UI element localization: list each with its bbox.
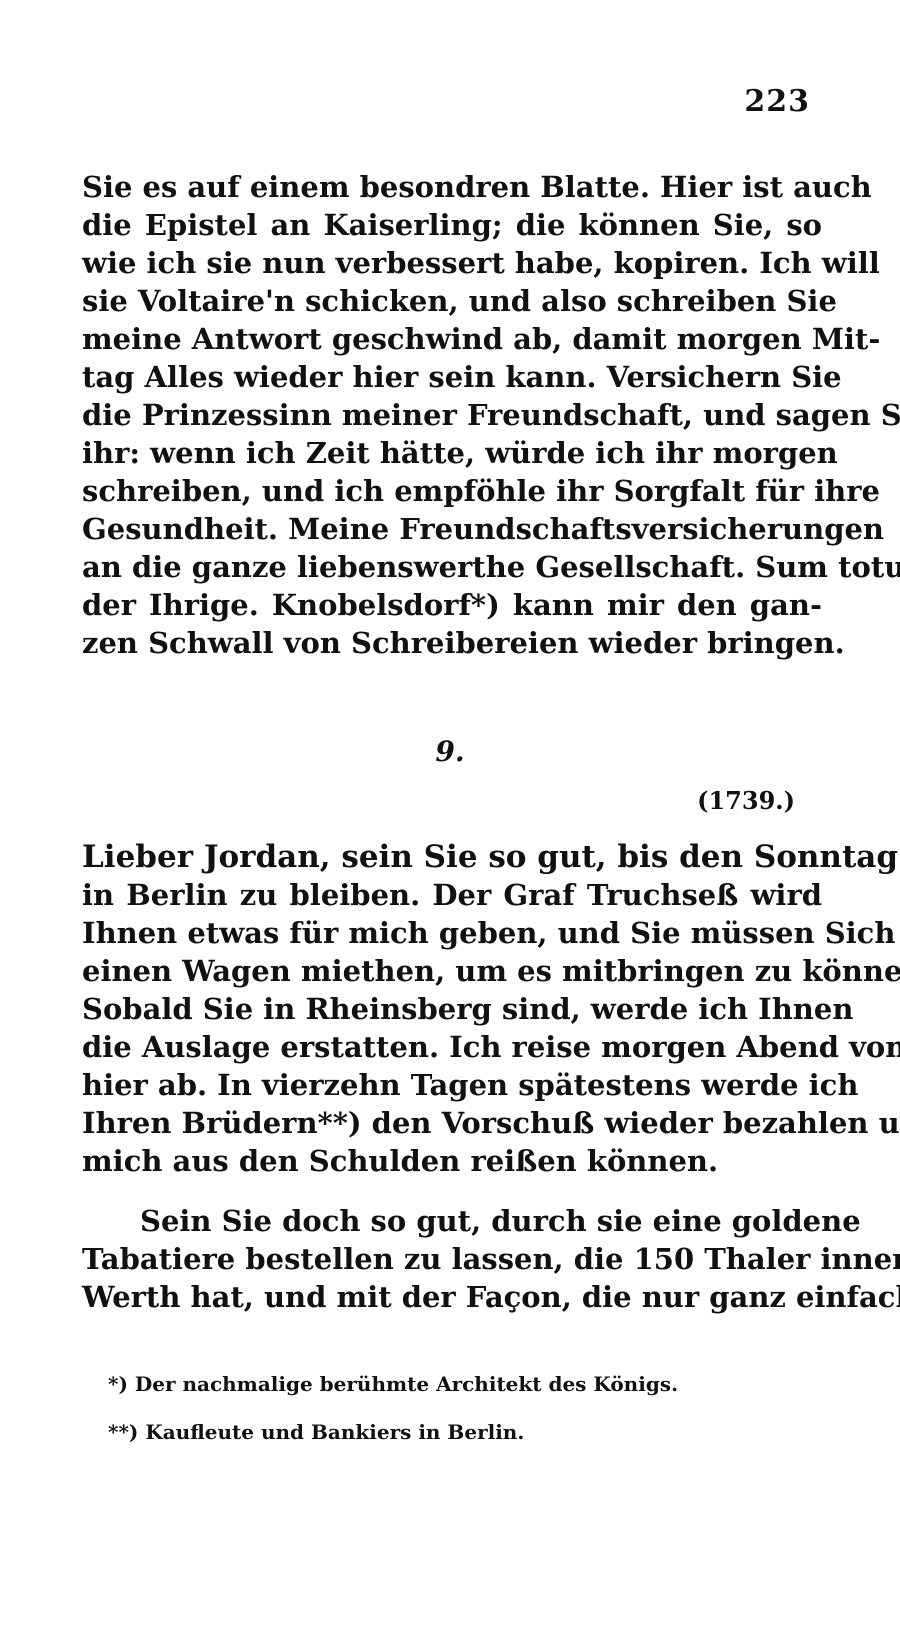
text-line: sie Voltaire'n schicken, und also schrei…	[82, 282, 822, 320]
footnote-1: *) Der nachmalige berühmte Architekt des…	[108, 1370, 678, 1398]
text-line: tag Alles wieder hier sein kann. Versich…	[82, 358, 822, 396]
text-line: Werth hat, und mit der Façon, die nur ga…	[82, 1278, 822, 1316]
text-line: hier ab. In vierzehn Tagen spätestens we…	[82, 1066, 822, 1104]
text-line: Gesundheit. Meine Freundschaftsversicher…	[82, 510, 822, 548]
text-line: wie ich sie nun verbessert habe, kopiren…	[82, 244, 822, 282]
text-line: die Epistel an Kaiserling; die können Si…	[82, 206, 822, 244]
text-line: zen Schwall von Schreibereien wieder bri…	[82, 624, 822, 662]
text-line: einen Wagen miethen, um es mitbringen zu…	[82, 952, 822, 990]
paragraph-start-line: Sein Sie doch so gut, durch sie eine gol…	[82, 1202, 822, 1240]
letter-date: (1739.)	[697, 786, 795, 815]
page-number: 223	[744, 84, 810, 119]
text-line: an die ganze liebenswerthe Gesellschaft.…	[82, 548, 822, 586]
text-line: in Berlin zu bleiben. Der Graf Truchseß …	[82, 876, 822, 914]
text-line: der Ihrige. Knobelsdorf*) kann mir den g…	[82, 586, 822, 624]
footnote-2: **) Kaufleute und Bankiers in Berlin.	[108, 1418, 524, 1446]
text-line: schreiben, und ich empföhle ihr Sorgfalt…	[82, 472, 822, 510]
text-line: Ihnen etwas für mich geben, und Sie müss…	[82, 914, 822, 952]
text-line: meine Antwort geschwind ab, damit morgen…	[82, 320, 822, 358]
text-line: Sobald Sie in Rheinsberg sind, werde ich…	[82, 990, 822, 1028]
book-page: 223 Sie es auf einem besondren Blatte. H…	[0, 0, 900, 1644]
letter-number: 9.	[0, 735, 900, 768]
text-line: Ihren Brüdern**) den Vorschuß wieder bez…	[82, 1104, 822, 1142]
letter-salutation-line: Lieber Jordan, sein Sie so gut, bis den …	[82, 838, 822, 876]
text-line: die Auslage erstatten. Ich reise morgen …	[82, 1028, 822, 1066]
text-line: Sie es auf einem besondren Blatte. Hier …	[82, 168, 822, 206]
text-line: mich aus den Schulden reißen können.	[82, 1142, 822, 1180]
text-line: ihr: wenn ich Zeit hätte, würde ich ihr …	[82, 434, 822, 472]
text-line: die Prinzessinn meiner Freundschaft, und…	[82, 396, 822, 434]
text-line: Tabatiere bestellen zu lassen, die 150 T…	[82, 1240, 822, 1278]
